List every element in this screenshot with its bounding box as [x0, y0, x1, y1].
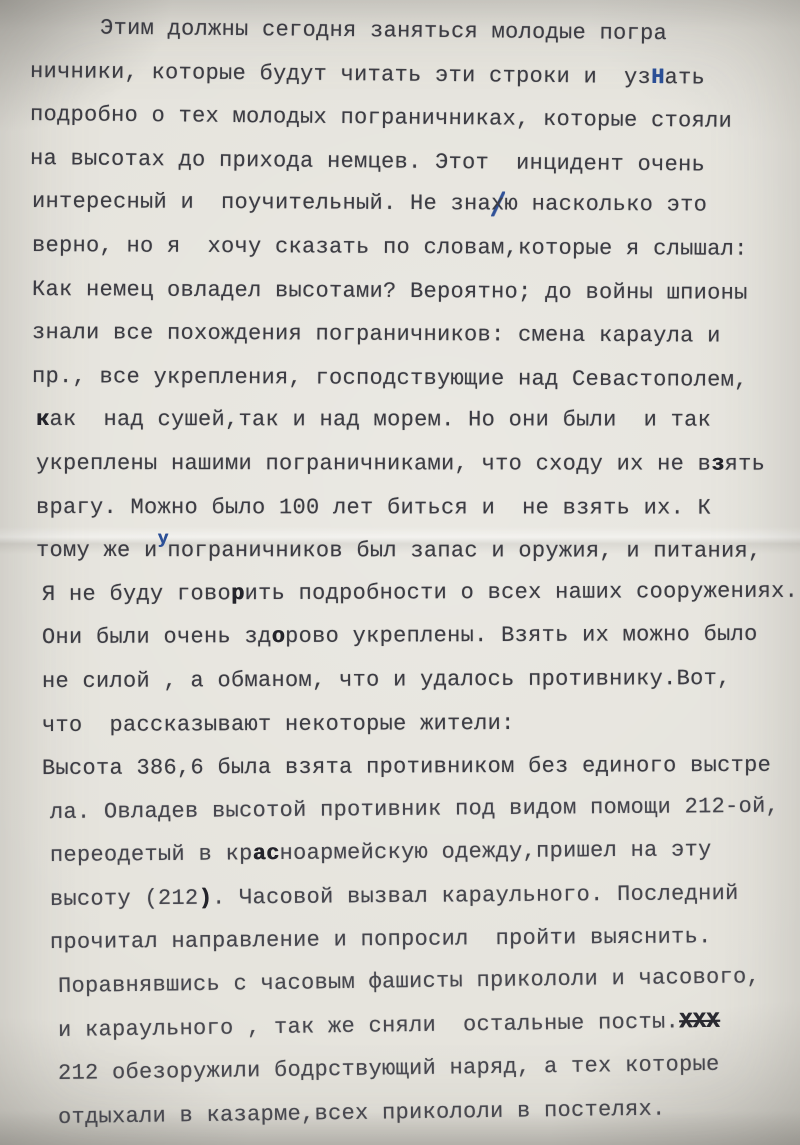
typed-line: пр., все укрепления, господствующие над …	[32, 355, 800, 403]
typed-line: Они были очень здорово укреплены. Взять …	[42, 613, 800, 660]
typed-line: подробно о тех молодых пограничниках, ко…	[30, 93, 800, 144]
typed-xxx-deletion: XXX	[679, 1008, 720, 1034]
overstruck-character: о	[271, 624, 285, 649]
typed-text: высоту (212	[50, 886, 199, 912]
typed-text: . Часовой вызвал караульного. Последний	[212, 881, 739, 911]
overstruck-character: ас	[252, 841, 279, 866]
typed-text: укреплены нашими пограничниками, что схо…	[36, 451, 711, 477]
typed-line: как над сушей,так и над морем. Но они бы…	[36, 398, 800, 442]
typed-text: ничники, которые будут читать эти строки…	[30, 59, 651, 90]
blue-ink-insertion: у	[158, 518, 168, 562]
typed-text: Как немец овладел высотами? Вероятно; до…	[32, 277, 748, 306]
typed-line: Я не буду говорить подробности о всех на…	[42, 569, 800, 616]
typed-text: ак над сушей,так и над морем. Но они был…	[50, 407, 712, 433]
typed-text: Этим должны сегодня заняться молодые пог…	[100, 16, 667, 46]
typed-line: Этим должны сегодня заняться молодые пог…	[30, 6, 800, 57]
typed-line: укреплены нашими пограничниками, что схо…	[36, 442, 800, 486]
overstruck-character: к	[36, 407, 50, 432]
typed-text: врагу. Можно было 100 лет биться и не вз…	[36, 495, 711, 521]
typed-line: знали все похождения пограничников: смен…	[32, 311, 800, 359]
typed-line: отдыхали в казарме,всех прикололи в пост…	[58, 1085, 800, 1139]
typed-text: прочитал направление и попросил пройти в…	[50, 925, 712, 956]
typed-text: ать	[664, 65, 705, 90]
typed-line: тому же иупограничников был запас и оруж…	[36, 529, 800, 573]
typed-line: не силой , а обманом, что и удалось прот…	[42, 657, 800, 704]
typed-text: рово укреплены. Взять их можно было	[285, 622, 758, 649]
typed-text: тому же и	[36, 538, 158, 563]
typed-text: пограничников был запас и оружия, и пита…	[167, 538, 761, 564]
typed-line: переодетый в красноармейскую одежду,приш…	[50, 828, 800, 878]
typed-line: ла. Овладев высотой противник под видом …	[50, 784, 800, 834]
typed-text: ять	[725, 452, 766, 477]
typed-text: ю насколько это	[505, 192, 708, 218]
typed-line: врагу. Можно было 100 лет биться и не вз…	[36, 486, 800, 530]
blue-ink-correction: Н	[651, 65, 665, 90]
typed-text: Поравнявшись с часовым фашисты прикололи…	[58, 964, 760, 999]
typed-text: что рассказывают некоторые жители:	[42, 710, 515, 737]
typed-text: на высотах до прихода немцев. Этот инцид…	[30, 146, 705, 177]
typed-line: верно, но я хочу сказать по словам,котор…	[32, 224, 800, 272]
overstruck-character: )	[198, 885, 212, 910]
typed-text: ла. Овладев высотой противник под видом …	[50, 793, 779, 824]
scanned-page: Этим должны сегодня заняться молодые пог…	[0, 0, 800, 1145]
typed-text: ноармейскую одежду,пришел на эту	[279, 838, 711, 867]
typed-line: что рассказывают некоторые жители:	[42, 700, 800, 747]
typed-text: отдыхали в казарме,всех прикололи в пост…	[58, 1096, 666, 1129]
typed-line: Высота 386,6 была взята противником без …	[42, 744, 800, 791]
typed-text: не силой , а обманом, что и удалось прот…	[42, 666, 731, 694]
typed-text: подробно о тех молодых пограничниках, ко…	[30, 102, 732, 134]
typed-text: 212 обезоружили бодрствующий наряд, а те…	[58, 1052, 720, 1086]
typed-text: Высота 386,6 была взята противником без …	[42, 753, 771, 781]
typed-text: пр., все укрепления, господствующие над …	[32, 364, 748, 393]
typed-text-block: Этим должны сегодня заняться молодые пог…	[0, 6, 800, 1139]
typed-line: высоту (212). Часовой вызвал караульного…	[50, 871, 800, 921]
typed-line: Как немец овладел высотами? Вероятно; до…	[32, 268, 800, 316]
typed-text: Я не буду гово	[42, 581, 231, 607]
typed-line: ничники, которые будут читать эти строки…	[30, 50, 800, 101]
typed-text: Они были очень зд	[42, 624, 272, 650]
typed-text: интересный и поучительный. Не зна	[32, 189, 491, 216]
typed-text: ить подробности о всех наших сооружениях…	[244, 578, 798, 605]
blue-pen-strikeout: х	[491, 192, 505, 217]
typed-line: интересный и поучительный. Не знахю наск…	[32, 180, 800, 228]
overstruck-character: з	[711, 452, 725, 477]
typed-text: знали все похождения пограничников: смен…	[32, 320, 721, 349]
typed-text: переодетый в кр	[50, 842, 253, 869]
overstruck-character: р	[231, 581, 245, 606]
typed-text: верно, но я хочу сказать по словам,котор…	[32, 233, 748, 262]
typed-text: и караульного , так же сняли остальные п…	[58, 1009, 679, 1043]
